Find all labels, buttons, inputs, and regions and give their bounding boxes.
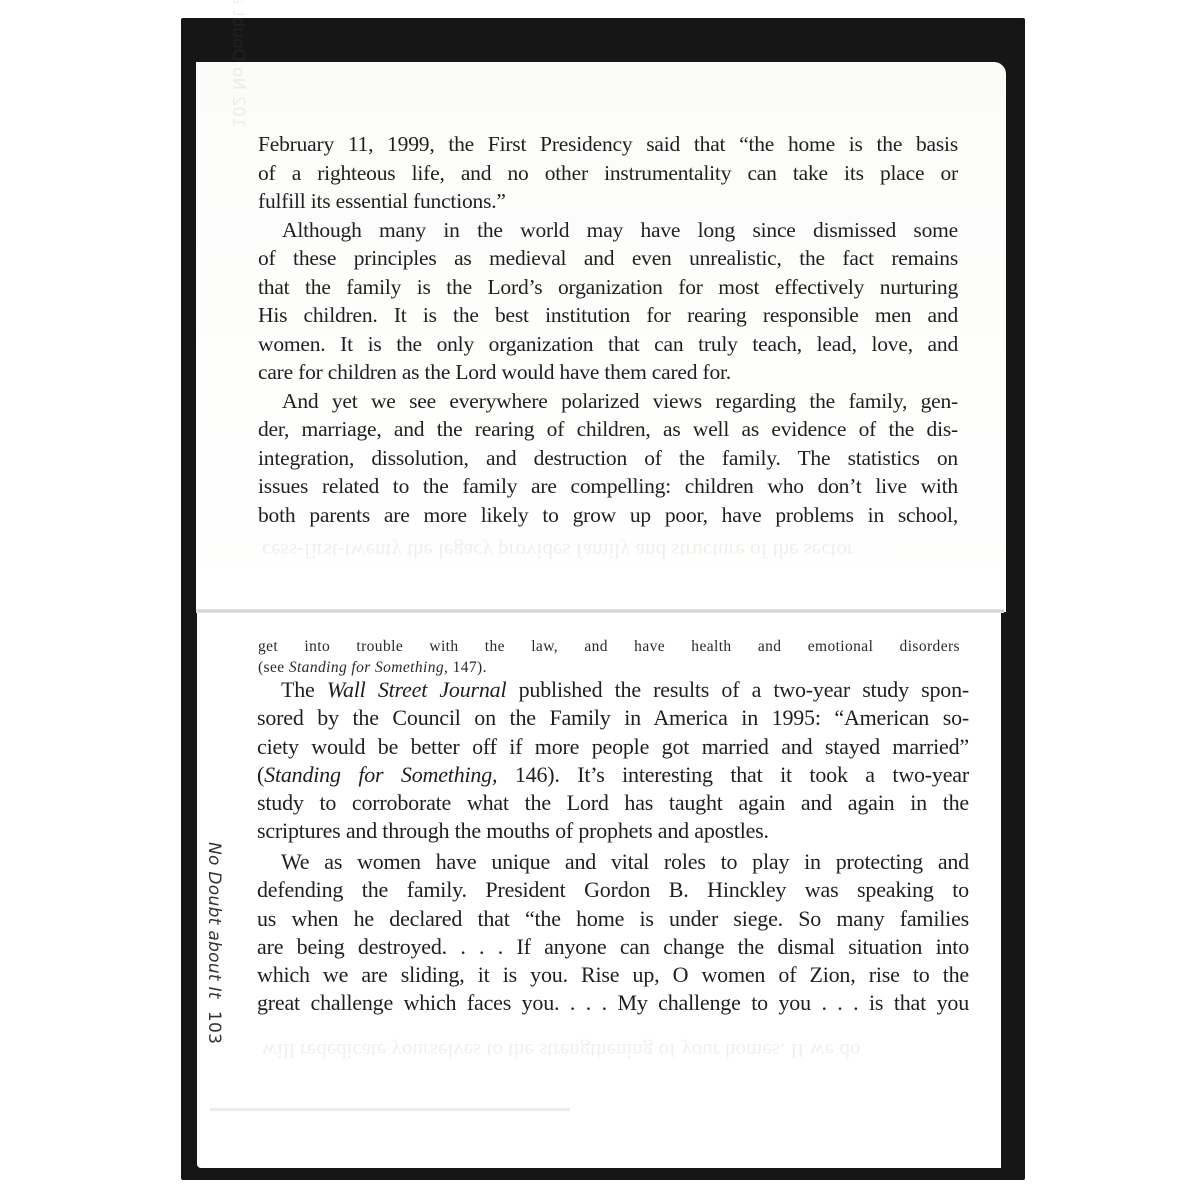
text-line: der, marriage, and the rearing of childr… [258, 415, 958, 444]
text-fragment: (see [258, 659, 289, 676]
text-line: care for children as the Lord would have… [258, 358, 958, 387]
text-line: of these principles as medieval and even… [258, 244, 958, 273]
text-line: women. It is the only organization that … [258, 330, 958, 359]
text-line: We as women have unique and vital roles … [257, 848, 969, 876]
text-line: ciety would be better off if more people… [257, 733, 969, 761]
publication-title: Wall Street Journal [327, 677, 507, 702]
text-line: February 11, 1999, the First Presidency … [258, 130, 958, 159]
text-line: (see Standing for Something, 147). [258, 657, 960, 678]
page-number: 103 [204, 1011, 224, 1044]
paragraph-although: Although many in the world may have long… [258, 216, 958, 387]
book-title-citation: Standing for Something, [264, 762, 497, 787]
show-through-running-head: 102 No Doubt about It [228, 0, 248, 128]
book-title-citation: Standing for Something, [289, 659, 448, 676]
text-line: are being destroyed. . . . If anyone can… [257, 933, 969, 961]
text-line: of a righteous life, and no other instru… [258, 159, 958, 188]
paragraph-wall-street-journal: The Wall Street Journal published the re… [257, 676, 969, 846]
text-line: fulfill its essential functions.” [258, 187, 958, 216]
lower-page-continuation: get into trouble with the law, and have … [258, 636, 960, 678]
text-line: both parents are more likely to grow up … [258, 501, 958, 530]
text-line: get into trouble with the law, and have … [258, 636, 960, 657]
text-line: great challenge which faces you. . . . M… [257, 989, 969, 1017]
text-fragment: 147). [448, 659, 487, 676]
text-line: integration, dissolution, and destructio… [258, 444, 958, 473]
text-line: that the family is the Lord’s organizati… [258, 273, 958, 302]
upper-page-body: February 11, 1999, the First Presidency … [258, 130, 958, 529]
text-fragment: published the results of a two-year stud… [506, 677, 969, 702]
paragraph-first-presidency: February 11, 1999, the First Presidency … [258, 130, 958, 216]
running-head-title: No Doubt about It [204, 842, 224, 999]
paragraph-and-yet: And yet we see everywhere polarized view… [258, 387, 958, 530]
text-line: (Standing for Something, 146). It’s inte… [257, 761, 969, 789]
page-fold [196, 609, 1004, 613]
running-head: No Doubt about It103 [204, 842, 224, 1044]
text-line: study to corroborate what the Lord has t… [257, 789, 969, 817]
text-line: And yet we see everywhere polarized view… [258, 387, 958, 416]
text-line: which we are sliding, it is you. Rise up… [257, 961, 969, 989]
text-line: His children. It is the best institution… [258, 301, 958, 330]
text-line: defending the family. President Gordon B… [257, 876, 969, 904]
text-line: us when he declared that “the home is un… [257, 905, 969, 933]
text-line: Although many in the world may have long… [258, 216, 958, 245]
text-fragment: The [281, 677, 327, 702]
text-line: sored by the Council on the Family in Am… [257, 704, 969, 732]
text-line: scriptures and through the mouths of pro… [257, 817, 969, 845]
text-line: The Wall Street Journal published the re… [257, 676, 969, 704]
paragraph-women-roles: We as women have unique and vital roles … [257, 848, 969, 1018]
page-smudge [210, 1108, 570, 1111]
text-fragment: 146). It’s interesting that it took a tw… [497, 762, 969, 787]
text-line: issues related to the family are compell… [258, 472, 958, 501]
